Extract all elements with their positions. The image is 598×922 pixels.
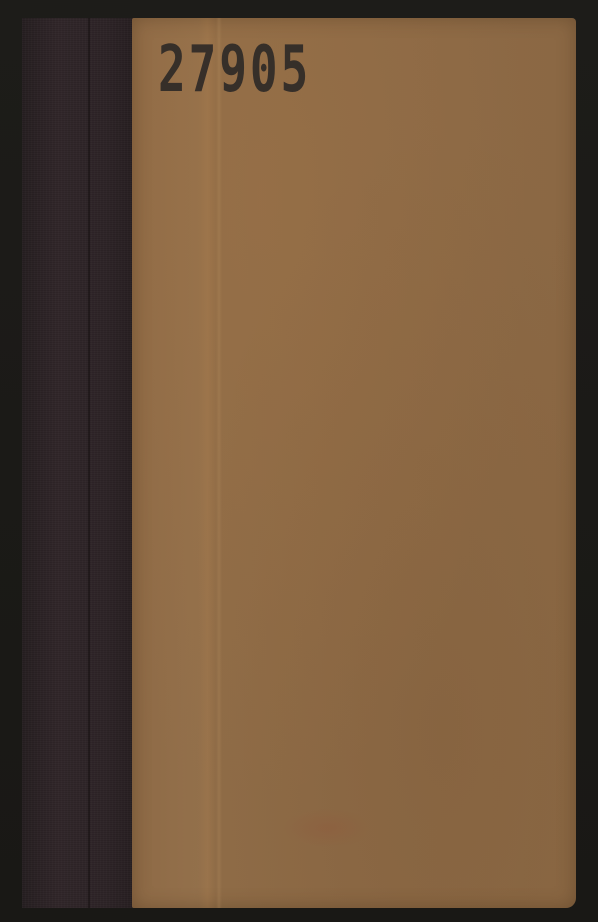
- book-cover: 27905: [132, 18, 576, 908]
- photo-scene: 27905: [0, 0, 598, 922]
- cover-fold-line: [216, 18, 222, 908]
- catalog-stamp-number: 27905: [158, 38, 311, 102]
- spine-crease: [88, 18, 90, 908]
- cover-stain: [282, 808, 372, 848]
- book-spine: [22, 18, 140, 908]
